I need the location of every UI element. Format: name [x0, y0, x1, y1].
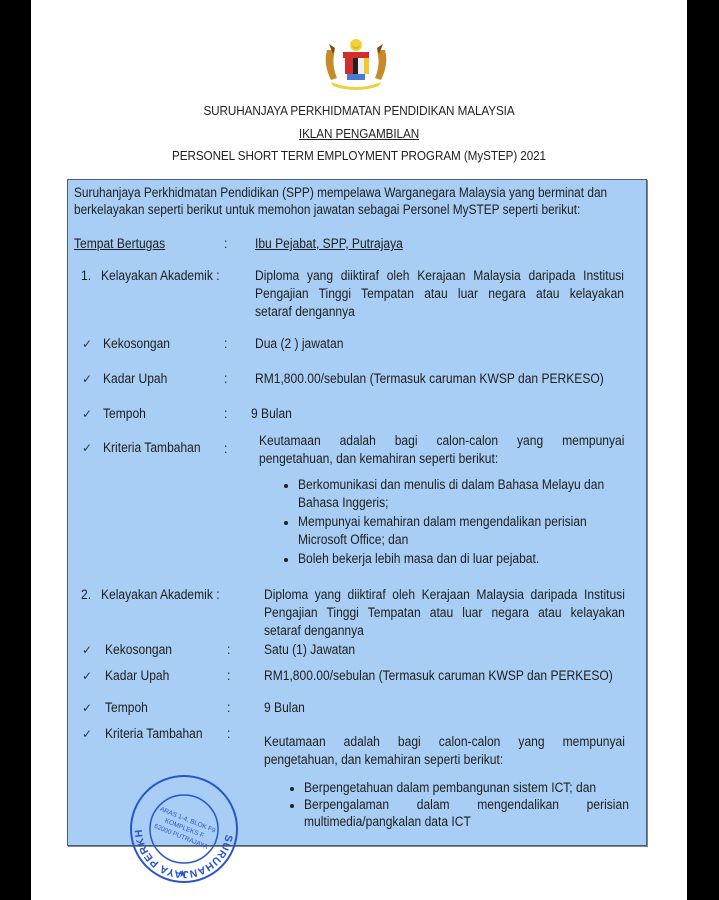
location-separator: :: [224, 236, 227, 251]
bullet-icon: [290, 804, 294, 808]
colon: :: [227, 700, 230, 715]
organization-title: SURUHANJAYA PERKHIDMATAN PENDIDIKAN MALA…: [54, 104, 664, 118]
position-2-criterion-1-line-1: Berpengetahuan dalam pembangunan sistem …: [304, 780, 596, 795]
document-page: SURUHANJAYA PERKHIDMATAN PENDIDIKAN MALA…: [31, 0, 687, 900]
position-2-criteria-intro-line-1: Keutamaan adalah bagi calon-calon yang m…: [264, 734, 625, 749]
colon: :: [227, 726, 230, 741]
position-1-criterion-1-line-2: Bahasa Inggeris;: [298, 495, 388, 510]
position-2-qualification-line-3: setaraf dengannya: [264, 623, 364, 638]
intro-line-1: Suruhanjaya Perkhidmatan Pendidikan (SPP…: [74, 185, 607, 200]
bullet-icon: [284, 558, 288, 562]
position-2-number: 2.: [81, 587, 91, 602]
position-1-wage-value: RM1,800.00/sebulan (Termasuk caruman KWS…: [255, 371, 604, 386]
position-1-qualification-label: Kelayakan Akademik :: [101, 268, 220, 283]
stamp-star-icon: ★: [178, 869, 187, 880]
position-1-vacancy-label: Kekosongan: [103, 336, 170, 351]
position-1-qualification-line-1: Diploma yang diiktiraf oleh Kerajaan Mal…: [255, 268, 624, 283]
position-2-wage-value: RM1,800.00/sebulan (Termasuk caruman KWS…: [264, 668, 613, 683]
check-icon: ✓: [82, 441, 92, 455]
position-1-duration-value: 9 Bulan: [251, 406, 292, 421]
location-value: Ibu Pejabat, SPP, Putrajaya: [255, 236, 403, 251]
notice-type-title: IKLAN PENGAMBILAN: [54, 127, 664, 141]
position-2-vacancy-value: Satu (1) Jawatan: [264, 642, 355, 657]
colon: :: [227, 668, 230, 683]
bullet-icon: [290, 787, 294, 791]
position-2-criterion-2-line-1: Berpengalaman dalam mengendalikan perisi…: [304, 797, 629, 812]
position-2-vacancy-label: Kekosongan: [105, 642, 172, 657]
position-2-criterion-2-line-2: multimedia/pangkalan data ICT: [304, 814, 471, 829]
position-1-vacancy-value: Dua (2 ) jawatan: [255, 336, 343, 351]
check-icon: ✓: [82, 643, 92, 657]
position-1-criteria-intro-line-1: Keutamaan adalah bagi calon-calon yang m…: [259, 433, 624, 448]
check-icon: ✓: [82, 701, 92, 715]
position-1-criterion-2-line-2: Microsoft Office; dan: [298, 532, 408, 547]
position-1-criterion-1-line-1: Berkomunikasi dan menulis di dalam Bahas…: [298, 477, 604, 492]
bullet-icon: [284, 484, 288, 488]
position-1-criteria-intro-line-2: pengetahuan, dan kemahiran seperti berik…: [259, 451, 498, 466]
advertisement-box: Suruhanjaya Perkhidmatan Pendidikan (SPP…: [67, 179, 647, 846]
intro-line-2: berkelayakan seperti berikut untuk memoh…: [74, 202, 580, 217]
program-title: PERSONEL SHORT TERM EMPLOYMENT PROGRAM (…: [54, 149, 664, 163]
position-1-duration-label: Tempoh: [103, 406, 146, 421]
check-icon: ✓: [82, 669, 92, 683]
bullet-icon: [284, 521, 288, 525]
colon: :: [224, 406, 227, 421]
check-icon: ✓: [82, 407, 92, 421]
position-1-criterion-2-line-1: Mempunyai kemahiran dalam mengendalikan …: [298, 514, 587, 529]
official-stamp-icon: SURUHANJAYA PERKHIDMATAN PELAJARAN ARAS …: [128, 773, 240, 885]
position-1-criteria-label: Kriteria Tambahan: [103, 440, 201, 455]
position-2-duration-label: Tempoh: [105, 700, 148, 715]
colon: :: [224, 371, 227, 386]
location-underline-filler: ____________________: [168, 236, 240, 251]
check-icon: ✓: [82, 337, 92, 351]
position-1-wage-label: Kadar Upah: [103, 371, 167, 386]
colon: :: [224, 441, 227, 456]
position-1-criterion-3-line-1: Boleh bekerja lebih masa dan di luar pej…: [298, 551, 539, 566]
check-icon: ✓: [82, 727, 92, 741]
position-2-criteria-label: Kriteria Tambahan: [105, 726, 203, 741]
colon: :: [227, 642, 230, 657]
position-2-qualification-line-2: Pengajian Tinggi Tempatan atau luar nega…: [264, 605, 625, 620]
position-2-qualification-label: Kelayakan Akademik :: [101, 587, 220, 602]
position-2-wage-label: Kadar Upah: [105, 668, 169, 683]
position-1-qualification-line-2: Pengajian Tinggi Tempatan atau luar nega…: [255, 286, 624, 301]
position-2-criteria-intro-line-2: pengetahuan, dan kemahiran seperti berik…: [264, 752, 503, 767]
malaysia-coat-of-arms-icon: [321, 36, 391, 90]
check-icon: ✓: [82, 372, 92, 386]
position-1-qualification-line-3: setaraf dengannya: [255, 304, 355, 319]
position-2-duration-value: 9 Bulan: [264, 700, 305, 715]
position-1-number: 1.: [81, 268, 91, 283]
colon: :: [224, 336, 227, 351]
position-2-qualification-line-1: Diploma yang diiktiraf oleh Kerajaan Mal…: [264, 587, 625, 602]
